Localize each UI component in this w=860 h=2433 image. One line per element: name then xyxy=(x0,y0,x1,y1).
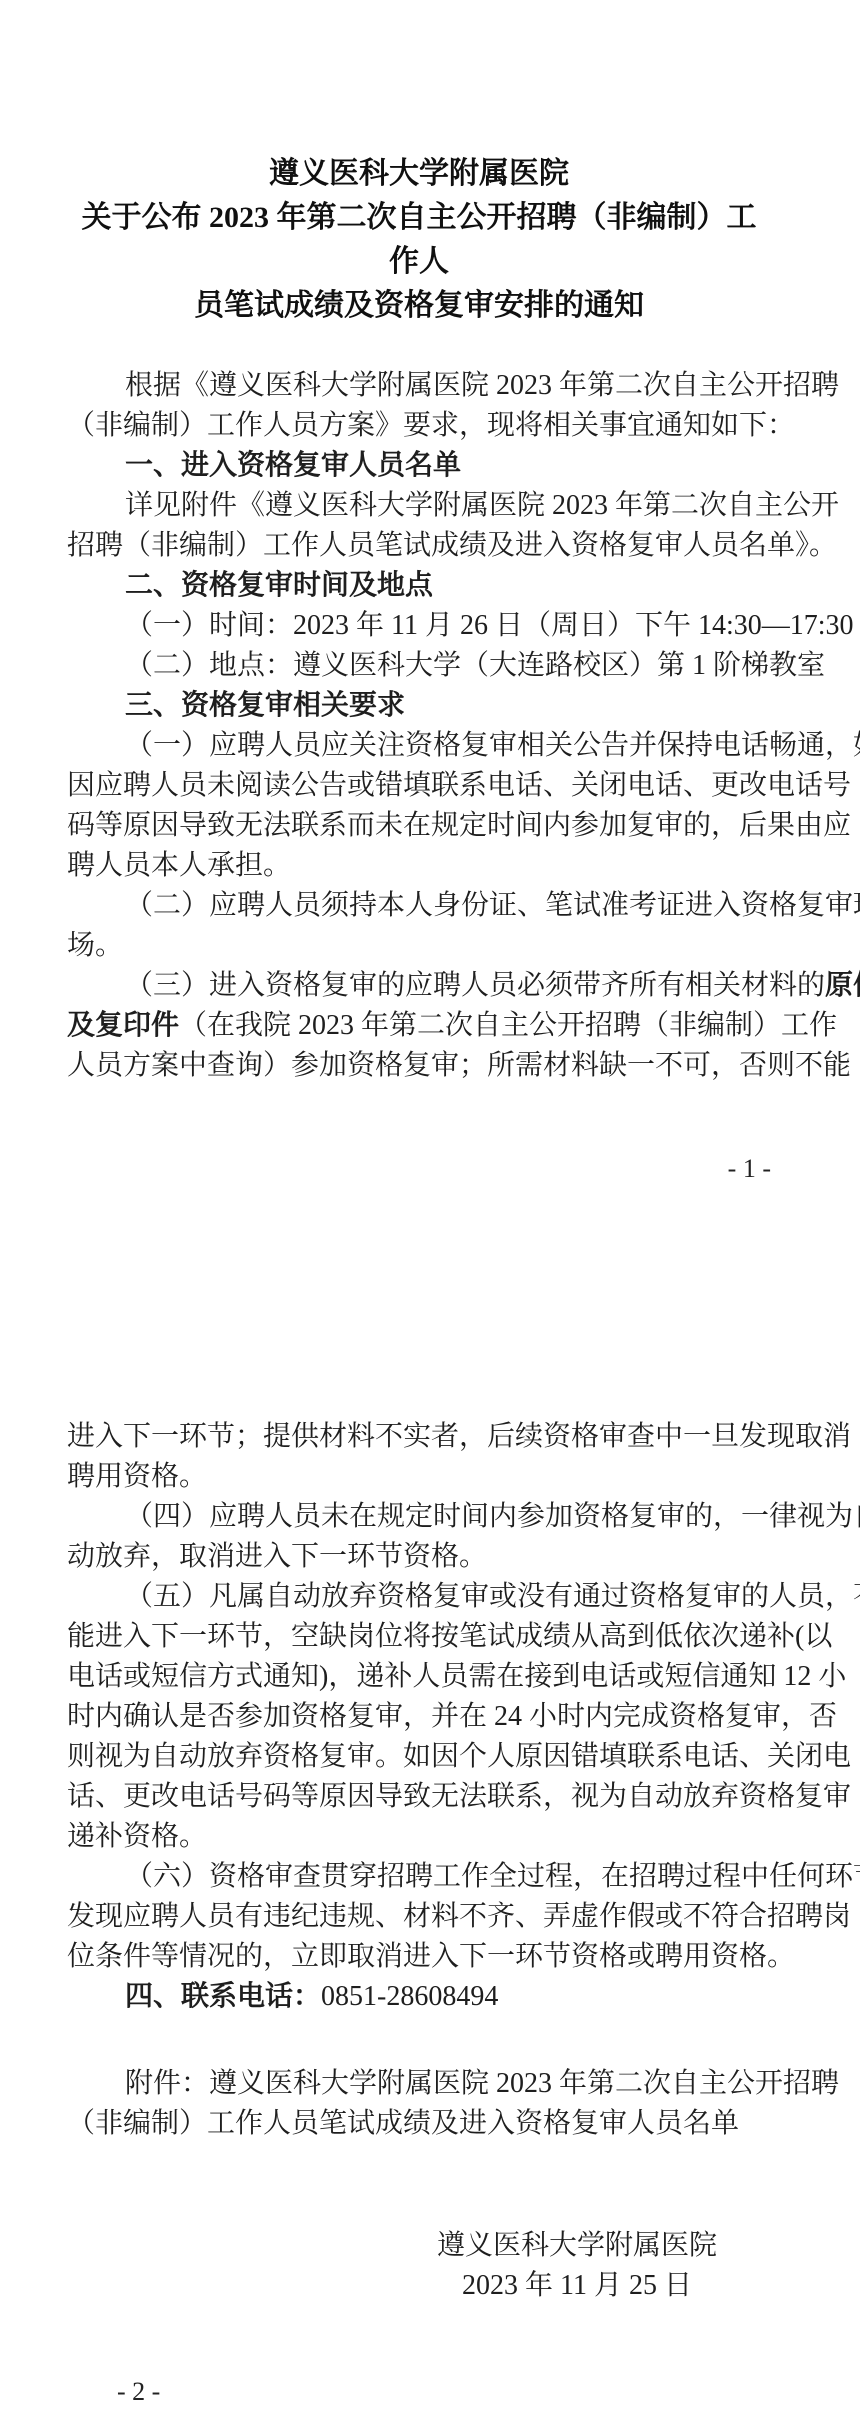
text-segment: 话、更改电话号码等原因导致无法联系，视为自动放弃资格复审 xyxy=(67,1781,851,1812)
signature-org: 遵义医科大学附属医院 xyxy=(437,2226,717,2266)
text-segment: 能进入下一环节，空缺岗位将按笔试成绩从高到低依次递补(以 xyxy=(67,1621,832,1652)
document-line: 人员方案中查询）参加资格复审；所需材料缺一不可，否则不能 xyxy=(67,1046,771,1086)
text-segment: 原件 xyxy=(825,970,860,1001)
document-line: （二）应聘人员须持本人身份证、笔试准考证进入资格复审现 xyxy=(67,886,771,926)
text-segment: （一）时间：2023 年 11 月 26 日（周日）下午 14:30—17:30 xyxy=(125,610,854,641)
page-number-1: - 1 - xyxy=(67,1149,798,1189)
text-segment: 一、进入资格复审人员名单 xyxy=(125,450,461,481)
text-segment: 人员方案中查询）参加资格复审；所需材料缺一不可，否则不能 xyxy=(67,1050,851,1081)
signature-date: 2023 年 11 月 25 日 xyxy=(437,2266,717,2306)
text-segment: 位条件等情况的，立即取消进入下一环节资格或聘用资格。 xyxy=(67,1941,795,1972)
document-line: 二、资格复审时间及地点 xyxy=(67,566,771,606)
text-segment: 因应聘人员未阅读公告或错填联系电话、关闭电话、更改电话号 xyxy=(67,770,851,801)
text-segment: 及复印件 xyxy=(67,1010,179,1041)
document-line: 进入下一环节；提供材料不实者，后续资格审查中一旦发现取消 xyxy=(67,1417,771,1457)
document-line: 聘人员本人承担。 xyxy=(67,846,771,886)
document-line: 则视为自动放弃资格复审。如因个人原因错填联系电话、关闭电 xyxy=(67,1737,771,1777)
text-segment: 四、联系电话： xyxy=(125,1981,321,2012)
document-line: 话、更改电话号码等原因导致无法联系，视为自动放弃资格复审 xyxy=(67,1777,771,1817)
page-number-2: - 2 - xyxy=(67,2372,821,2412)
document-line: 三、资格复审相关要求 xyxy=(67,686,771,726)
title-line-2: 关于公布 2023 年第二次自主公开招聘（非编制）工作人 xyxy=(67,196,771,284)
title-line-3: 员笔试成绩及资格复审安排的通知 xyxy=(67,284,771,328)
text-segment: 时内确认是否参加资格复审，并在 24 小时内完成资格复审，否 xyxy=(67,1701,837,1732)
document-line: 四、联系电话：0851-28608494 xyxy=(67,1977,771,2017)
document-line: （五）凡属自动放弃资格复审或没有通过资格复审的人员，不 xyxy=(67,1577,771,1617)
text-segment: 码等原因导致无法联系而未在规定时间内参加复审的，后果由应 xyxy=(67,810,851,841)
text-segment: 详见附件《遵义医科大学附属医院 2023 年第二次自主公开 xyxy=(125,490,839,521)
document-line: 一、进入资格复审人员名单 xyxy=(67,446,771,486)
text-segment: （非编制）工作人员笔试成绩及进入资格复审人员名单 xyxy=(67,2108,739,2139)
document-line: 根据《遵义医科大学附属医院 2023 年第二次自主公开招聘 xyxy=(67,366,771,406)
page-2-body: 进入下一环节；提供材料不实者，后续资格审查中一旦发现取消聘用资格。（四）应聘人员… xyxy=(67,1417,771,2144)
text-segment: 附件：遵义医科大学附属医院 2023 年第二次自主公开招聘 xyxy=(125,2068,839,2099)
text-segment: （二）应聘人员须持本人身份证、笔试准考证进入资格复审现 xyxy=(125,890,860,921)
document-line: 递补资格。 xyxy=(67,1817,771,1857)
text-segment: （三）进入资格复审的应聘人员必须带齐所有相关材料的 xyxy=(125,970,825,1001)
text-segment: 招聘（非编制）工作人员笔试成绩及进入资格复审人员名单》。 xyxy=(67,530,837,561)
document-line: （四）应聘人员未在规定时间内参加资格复审的，一律视为自 xyxy=(67,1497,771,1537)
document-line: 详见附件《遵义医科大学附属医院 2023 年第二次自主公开 xyxy=(67,486,771,526)
document-line: 时内确认是否参加资格复审，并在 24 小时内完成资格复审，否 xyxy=(67,1697,771,1737)
document-line: 附件：遵义医科大学附属医院 2023 年第二次自主公开招聘 xyxy=(67,2064,771,2104)
text-segment: 递补资格。 xyxy=(67,1821,207,1852)
text-segment: 发现应聘人员有违纪违规、材料不齐、弄虚作假或不符合招聘岗 xyxy=(67,1901,851,1932)
text-segment: 根据《遵义医科大学附属医院 2023 年第二次自主公开招聘 xyxy=(125,370,839,401)
document-line: （二）地点：遵义医科大学（大连路校区）第 1 阶梯教室 xyxy=(67,646,771,686)
document-line: 电话或短信方式通知)，递补人员需在接到电话或短信通知 12 小 xyxy=(67,1657,771,1697)
text-segment: （一）应聘人员应关注资格复审相关公告并保持电话畅通，如 xyxy=(125,730,860,761)
document-line: （一）时间：2023 年 11 月 26 日（周日）下午 14:30—17:30 xyxy=(67,606,771,646)
text-segment: （六）资格审查贯穿招聘工作全过程，在招聘过程中任何环节 xyxy=(125,1861,860,1892)
document-line: （一）应聘人员应关注资格复审相关公告并保持电话畅通，如 xyxy=(67,726,771,766)
text-segment: 三、资格复审相关要求 xyxy=(125,690,405,721)
text-segment: 则视为自动放弃资格复审。如因个人原因错填联系电话、关闭电 xyxy=(67,1741,851,1772)
document-line: 招聘（非编制）工作人员笔试成绩及进入资格复审人员名单》。 xyxy=(67,526,771,566)
signature-block: 遵义医科大学附属医院 2023 年 11 月 25 日 xyxy=(437,2226,717,2306)
notice-document: 遵义医科大学附属医院 关于公布 2023 年第二次自主公开招聘（非编制）工作人 … xyxy=(0,0,860,2433)
text-segment: 0851-28608494 xyxy=(321,1981,498,2012)
text-segment: 进入下一环节；提供材料不实者，后续资格审查中一旦发现取消 xyxy=(67,1421,851,1452)
document-line: （非编制）工作人员方案》要求，现将相关事宜通知如下： xyxy=(67,406,771,446)
document-line: 聘用资格。 xyxy=(67,1457,771,1497)
text-segment: 聘人员本人承担。 xyxy=(67,850,291,881)
document-line: 发现应聘人员有违纪违规、材料不齐、弄虚作假或不符合招聘岗 xyxy=(67,1897,771,1937)
document-line: 因应聘人员未阅读公告或错填联系电话、关闭电话、更改电话号 xyxy=(67,766,771,806)
document-line: 及复印件（在我院 2023 年第二次自主公开招聘（非编制）工作 xyxy=(67,1006,771,1046)
text-segment: 场。 xyxy=(67,930,123,961)
document-title: 遵义医科大学附属医院 关于公布 2023 年第二次自主公开招聘（非编制）工作人 … xyxy=(67,0,771,328)
text-segment: （五）凡属自动放弃资格复审或没有通过资格复审的人员，不 xyxy=(125,1581,860,1612)
text-segment: （四）应聘人员未在规定时间内参加资格复审的，一律视为自 xyxy=(125,1501,860,1532)
document-line: （非编制）工作人员笔试成绩及进入资格复审人员名单 xyxy=(67,2104,771,2144)
text-segment: 动放弃，取消进入下一环节资格。 xyxy=(67,1541,487,1572)
text-segment: （非编制）工作人员方案》要求，现将相关事宜通知如下： xyxy=(67,410,795,441)
text-segment: 电话或短信方式通知)，递补人员需在接到电话或短信通知 12 小 xyxy=(67,1661,846,1692)
text-segment: 聘用资格。 xyxy=(67,1461,207,1492)
page-1-body: 根据《遵义医科大学附属医院 2023 年第二次自主公开招聘（非编制）工作人员方案… xyxy=(67,366,771,1086)
text-segment: 二、资格复审时间及地点 xyxy=(125,570,433,601)
document-line: 场。 xyxy=(67,926,771,966)
title-line-1: 遵义医科大学附属医院 xyxy=(67,152,771,196)
document-line: （六）资格审查贯穿招聘工作全过程，在招聘过程中任何环节 xyxy=(67,1857,771,1897)
text-segment: （二）地点：遵义医科大学（大连路校区）第 1 阶梯教室 xyxy=(125,650,825,681)
document-line: 码等原因导致无法联系而未在规定时间内参加复审的，后果由应 xyxy=(67,806,771,846)
document-line: 能进入下一环节，空缺岗位将按笔试成绩从高到低依次递补(以 xyxy=(67,1617,771,1657)
document-line: 动放弃，取消进入下一环节资格。 xyxy=(67,1537,771,1577)
document-line: （三）进入资格复审的应聘人员必须带齐所有相关材料的原件 xyxy=(67,966,771,1006)
text-segment: （在我院 2023 年第二次自主公开招聘（非编制）工作 xyxy=(179,1010,837,1041)
document-line: 位条件等情况的，立即取消进入下一环节资格或聘用资格。 xyxy=(67,1937,771,1977)
